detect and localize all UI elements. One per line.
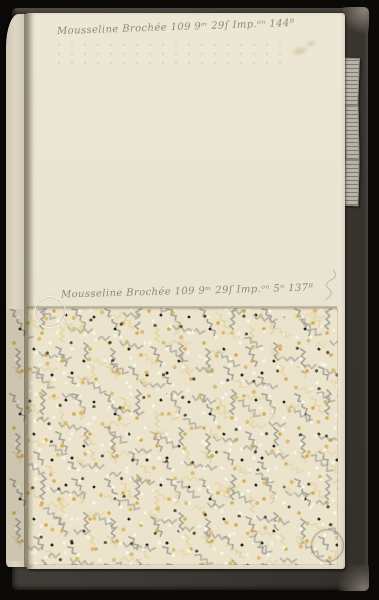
pencil-mark: [319, 268, 341, 306]
paper-scrap: [345, 106, 360, 160]
gutter-shadow: [24, 13, 34, 569]
blind-stamp-bottom-right: [311, 529, 344, 562]
show-through-dots: [57, 43, 287, 69]
page-edge-scraps: [343, 58, 365, 208]
fabric-pattern: [28, 308, 338, 565]
swatch-edge-shadow: [27, 306, 337, 311]
cover-corner-top-right: [343, 7, 369, 35]
fabric-swatch: [6, 303, 338, 565]
handwritten-caption-bottom: Mousseline Brochée 109 9ᵐ 29ſ Imp.ᵒⁿ 5ⁿ …: [61, 282, 314, 301]
stain-mark: [283, 34, 323, 65]
handwritten-caption-top: Mousseline Brochée 109 9ᵐ 29ſ Imp.ᵒⁿ 144…: [57, 18, 295, 38]
cover-corner-bottom-right: [339, 565, 369, 591]
blind-stamp-top-left: [34, 296, 66, 328]
paper-scrap: [343, 160, 359, 206]
